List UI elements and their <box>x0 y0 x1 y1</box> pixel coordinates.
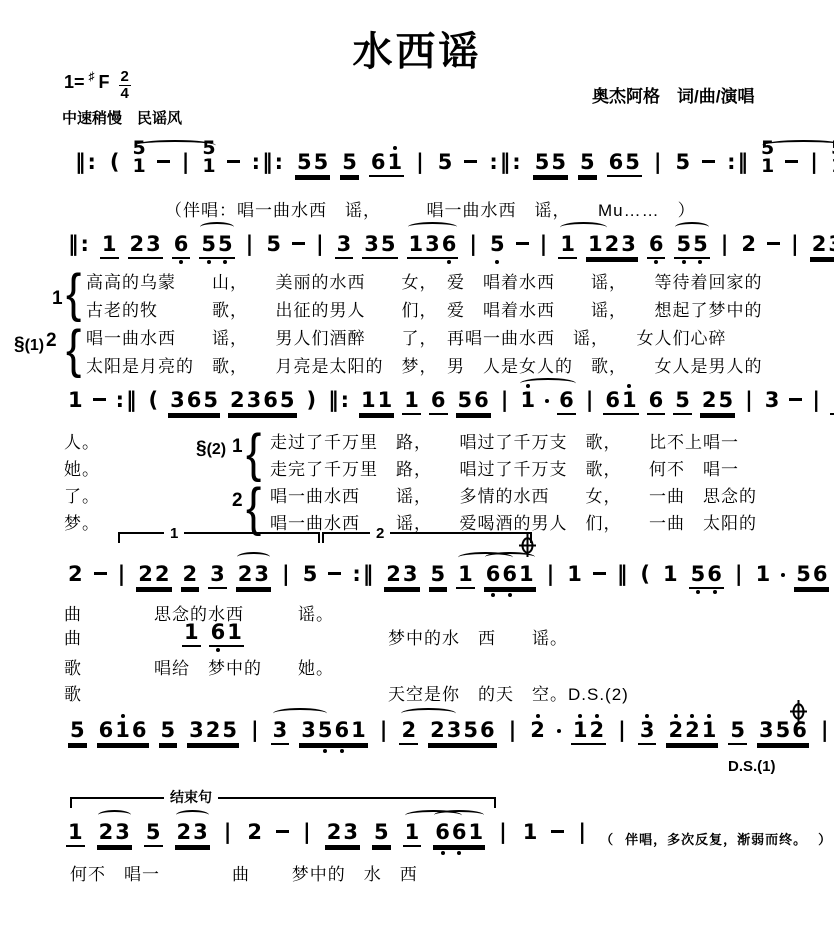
note-group: 3561 <box>299 720 368 745</box>
tie-arc <box>520 378 576 389</box>
note-group: 23 <box>97 822 132 847</box>
chorus-verse-1-line-a: 走过了千万里 路， 唱过了千万支 歌， 比不上唱一 <box>270 428 739 453</box>
octave-dot-below <box>495 260 499 264</box>
barline: ‖: <box>326 390 351 411</box>
barline: | <box>499 390 511 411</box>
note-group: 2 <box>245 822 264 845</box>
note-group: ( <box>108 152 122 175</box>
note-group: 661 <box>484 564 536 589</box>
barline: :‖: <box>250 152 285 173</box>
chorus-verse-2-number: 2 <box>232 490 243 512</box>
barline: | <box>545 564 557 585</box>
inline-notation: 161 <box>182 606 244 647</box>
note-group: 2356 <box>428 720 497 745</box>
note-group: 2 <box>528 720 547 743</box>
note-group: 3 <box>271 720 290 745</box>
barline: | <box>616 720 628 741</box>
barline: | <box>301 822 313 843</box>
augmentation-dot <box>781 573 785 577</box>
note-group: 661 <box>433 822 485 847</box>
note-group: 1 <box>403 822 422 847</box>
barline: | <box>507 720 519 741</box>
tie-arc <box>273 708 327 719</box>
note-group: 56 <box>689 564 724 589</box>
composer-credits: 奥杰阿格 词/曲/演唱 <box>592 82 754 107</box>
barline: | <box>819 720 831 741</box>
barline: :‖: <box>487 152 522 173</box>
segno-1-index: (1) <box>25 337 45 354</box>
verse-2-line-a: 唱一曲水西 谣， 男人们酒醉 了， 再唱一曲水西 谣， 女人们心碎 <box>86 324 727 349</box>
line4-lyrics-row-4-right: 天空是你 的天 空。D.S.(2) <box>388 680 629 705</box>
note-group: 23 <box>128 234 163 259</box>
barline: | <box>414 152 426 173</box>
barline: | <box>576 822 588 843</box>
note-group: 61 <box>369 152 404 177</box>
verse-1-brace: { <box>66 266 81 319</box>
note-group: 5 <box>436 152 455 175</box>
note-group: 1 <box>402 390 421 415</box>
note-group: 5 <box>372 822 391 847</box>
octave-dot-above <box>578 714 582 718</box>
line-ending-word-4: 梦。 <box>64 509 100 534</box>
octave-dot-above <box>536 714 540 718</box>
octave-dot-below <box>323 749 327 753</box>
note-group: 1 <box>830 390 834 415</box>
note-group: 3 <box>335 234 354 259</box>
octave-dot-above <box>707 714 711 718</box>
barline: | <box>538 234 550 255</box>
note-group: 56 <box>456 390 491 415</box>
verse-1-number: 1 <box>52 288 63 310</box>
augmentation-dot <box>545 399 549 403</box>
chorus-verse-1-line-b: 走完了千万里 路， 唱过了千万支 歌， 何不 唱一 <box>270 455 739 480</box>
octave-dot-below <box>441 851 445 855</box>
sustain-dash <box>157 160 170 163</box>
barline: | <box>180 152 192 173</box>
note-group: ( <box>638 564 652 587</box>
octave-dot-below <box>713 590 717 594</box>
note-group: 55 <box>674 234 709 259</box>
note-group: 1 <box>754 564 773 587</box>
note-group: 1 <box>565 564 584 587</box>
note-group: 25 <box>700 390 735 415</box>
line4-lyrics-row-2-left: 曲 <box>64 624 82 649</box>
octave-dot-above <box>595 714 599 718</box>
note-group: 61 <box>209 622 244 647</box>
sheet-music-page: { "header": { "title": "水西谣", "key_prefi… <box>0 0 834 935</box>
octave-dot-above <box>674 714 678 718</box>
barline: | <box>244 234 256 255</box>
note-group: 5 <box>264 234 283 257</box>
note-group: 23 <box>236 564 271 589</box>
barline: | <box>652 152 664 173</box>
tie-arc <box>401 708 456 719</box>
note-group: 3 <box>763 390 782 413</box>
barline: :‖ <box>725 152 750 173</box>
inline-instruction-text: （ 伴唱，多次反复，渐弱而终。 ） <box>600 829 832 848</box>
octave-dot-below <box>654 260 658 264</box>
note-group: 6 <box>647 234 666 259</box>
barline: :‖ <box>350 564 375 585</box>
chorus-verse-2-brace: { <box>246 480 261 533</box>
line4-lyrics-row-3: 歌 唱给 梦中的 她。 <box>64 654 334 679</box>
note-group: 1 <box>66 390 85 413</box>
note-group: 65 <box>607 152 642 177</box>
note-group: 1 <box>456 564 475 589</box>
line-ending-word-1: 人。 <box>64 428 100 453</box>
note-group: 616 <box>97 720 149 745</box>
music-line-6: 123523|2|2351661|1|（ 伴唱，多次反复，渐弱而终。 ） <box>66 806 834 848</box>
note-group: 1 <box>521 822 540 845</box>
note-group: 22 <box>136 564 171 589</box>
note-group: 5 <box>144 822 163 847</box>
sustain-dash <box>328 572 341 575</box>
note-group: 1 <box>558 234 577 259</box>
note-group: 56 <box>794 564 829 589</box>
barline: | <box>810 390 822 411</box>
note-group: 12 <box>571 720 606 745</box>
sustain-dash <box>789 398 802 401</box>
meter-denominator: 4 <box>121 86 129 102</box>
segno-2-marker: §(2) <box>196 438 226 460</box>
note-group: 5 <box>68 720 87 745</box>
tie-arc <box>237 552 270 562</box>
tie-arc <box>762 140 834 151</box>
sustain-dash <box>551 830 564 833</box>
line4-lyrics-row-4-left: 歌 <box>64 680 82 705</box>
note-group: 6 <box>647 390 666 415</box>
augmentation-dot <box>557 729 561 733</box>
barline: | <box>467 234 479 255</box>
barline: | <box>222 822 234 843</box>
note-group: 2365 <box>228 390 297 415</box>
note-group: 23 <box>384 564 419 589</box>
line-ending-word-2: 她。 <box>64 455 100 480</box>
segno-2-index: (2) <box>207 441 227 458</box>
octave-dot-above <box>393 146 397 150</box>
sustain-dash <box>276 830 289 833</box>
ending-phrase-label: 结束句 <box>164 789 218 806</box>
octave-dot-below <box>447 260 451 264</box>
sustain-dash <box>94 572 107 575</box>
note-group: 6 <box>557 390 576 415</box>
octave-dot-above <box>690 714 694 718</box>
note-group: 136 <box>407 234 459 259</box>
music-line-3: 1:‖(3652365)‖:111656|16|616525|3|123523| <box>66 374 834 415</box>
barline: | <box>584 390 596 411</box>
segno-icon: § <box>14 334 25 355</box>
note-group: 3 <box>638 720 657 745</box>
dal-segno-1-text: D.S.(1) <box>728 758 776 775</box>
tie-arc <box>560 222 607 233</box>
note-group: 3 <box>208 564 227 589</box>
note-group: 2 <box>739 234 758 257</box>
note-group: 23 <box>175 822 210 847</box>
sustain-dash <box>227 160 240 163</box>
octave-dot-below <box>223 260 227 264</box>
note-group: 6 <box>429 390 448 415</box>
tempo-marking: 中速稍慢 民谣风 <box>62 107 182 128</box>
barline: | <box>808 152 820 173</box>
barline: | <box>249 720 261 741</box>
sustain-dash <box>516 242 529 245</box>
barline: ‖: <box>73 152 98 173</box>
key-signature: 1=♯F 2 4 <box>64 72 131 102</box>
chorus-verse-1-brace: { <box>246 426 261 479</box>
note-group: 55 <box>199 234 234 259</box>
octave-dot-above <box>121 714 125 718</box>
volta-1-label: 1 <box>164 525 184 542</box>
barline: | <box>378 720 390 741</box>
verse-1-line-b: 古老的牧 歌， 出征的男人 们， 爱 唱着水西 谣， 想起了梦中的 <box>86 296 763 321</box>
note-group: 1 <box>661 564 680 587</box>
key-note: F <box>99 72 110 93</box>
note-group: 221 <box>666 720 718 745</box>
barline: | <box>743 390 755 411</box>
music-line-2: ‖:123655|5|335136|5|1123655|2|235161| <box>66 218 834 259</box>
octave-dot-below <box>508 593 512 597</box>
barline: | <box>116 564 128 585</box>
volta-2-label: 2 <box>370 525 390 542</box>
octave-dot-below <box>696 590 700 594</box>
barline: ‖: <box>66 234 91 255</box>
verse-2-brace: { <box>66 322 81 375</box>
ending-lyrics: 何不 唱一 曲 梦中的 水 西 <box>70 860 418 885</box>
chorus-verse-2-line-a: 唱一曲水西 谣， 多情的水西 女， 一曲 思念的 <box>270 482 757 507</box>
tie-arc <box>408 222 458 232</box>
note-group: ) <box>305 390 319 413</box>
sustain-dash <box>93 398 106 401</box>
note-group: 356 <box>757 720 809 745</box>
octave-dot-below <box>457 851 461 855</box>
octave-dot-below <box>179 260 183 264</box>
tie-arc <box>458 552 513 563</box>
note-group: 2 <box>399 720 418 745</box>
barline: ‖ <box>615 564 630 585</box>
tie-arc <box>405 810 462 821</box>
chorus-verse-2-line-b: 唱一曲水西 谣， 爱喝酒的男人 们， 一曲 太阳的 <box>270 509 757 534</box>
note-group: 23 <box>810 234 834 259</box>
note-group: 55 <box>533 152 568 177</box>
note-group: 2 <box>66 564 85 587</box>
octave-dot-below <box>698 260 702 264</box>
note-group: 5 <box>578 152 597 177</box>
note-group: 1 <box>66 822 85 847</box>
note-group: 5 <box>340 152 359 177</box>
note-group: 5 <box>728 720 747 745</box>
sharp-accidental: ♯ <box>89 70 95 82</box>
tie-arc <box>200 222 233 232</box>
barline: :‖ <box>114 390 139 411</box>
note-group: 325 <box>187 720 239 745</box>
sustain-dash <box>292 242 305 245</box>
note-group: 5 <box>674 152 693 175</box>
time-signature: 2 4 <box>119 69 131 102</box>
verse-2-number: 2 <box>46 330 57 352</box>
sustain-dash <box>785 160 798 163</box>
sustain-dash <box>593 572 606 575</box>
sustain-dash <box>464 160 477 163</box>
octave-dot-above <box>645 714 649 718</box>
sustain-dash <box>702 160 715 163</box>
meter-numerator: 2 <box>119 69 131 86</box>
note-group: ( <box>147 390 161 413</box>
note-group: 365 <box>168 390 220 415</box>
note-group: 23 <box>325 822 360 847</box>
note-group: 1 <box>182 622 201 647</box>
note-group: 5 <box>429 564 448 589</box>
octave-dot-below <box>682 260 686 264</box>
tie-arc <box>675 222 708 232</box>
chorus-verse-1-number: 1 <box>232 436 243 458</box>
barline: | <box>497 822 509 843</box>
octave-dot-below <box>491 593 495 597</box>
note-group: 5 <box>673 390 692 415</box>
note-group: 35 <box>362 234 397 259</box>
note-group: 5 <box>301 564 320 587</box>
music-line-4: 2|222323|5:‖2351661|1‖(156|156|1| <box>66 548 834 589</box>
tie-arc <box>134 140 216 151</box>
sustain-dash <box>767 242 780 245</box>
note-group: 61 <box>603 390 638 415</box>
note-group: 5 <box>488 234 507 257</box>
segno-1-marker: §(1) <box>14 334 44 356</box>
volta-bracket-1: 1 <box>118 532 320 543</box>
octave-dot-below <box>340 749 344 753</box>
note-group: 5 <box>159 720 178 745</box>
verse-1-line-a: 高高的乌蒙 山， 美丽的水西 女， 爱 唱着水西 谣， 等待着回家的 <box>86 268 763 293</box>
note-group: 1 <box>518 390 537 413</box>
barline: | <box>789 234 801 255</box>
note-group: 55 <box>295 152 330 177</box>
note-group: 123 <box>586 234 638 259</box>
tie-arc <box>98 810 131 820</box>
line4-lyrics-row-2-right: 梦中的水 西 谣。 <box>388 624 568 649</box>
octave-dot-below <box>207 260 211 264</box>
barline: | <box>719 234 731 255</box>
barline: | <box>280 564 292 585</box>
barline: | <box>314 234 326 255</box>
octave-dot-below <box>216 648 220 652</box>
tie-arc <box>176 810 209 820</box>
music-line-5: 56165325|33561|22356|212|32215356|1): <box>68 704 834 746</box>
volta-bracket-2: 2 <box>322 532 532 543</box>
note-group: 6 <box>172 234 191 259</box>
segno-icon: § <box>196 438 207 459</box>
line-ending-word-3: 了。 <box>64 482 100 507</box>
octave-dot-above <box>627 384 631 388</box>
note-group: 1 <box>100 234 119 259</box>
music-line-1: ‖:(51|51:‖:55561|5:‖:55565|5:‖51|51| <box>73 136 834 177</box>
note-group: 2 <box>181 564 200 589</box>
barline: | <box>733 564 745 585</box>
key-prefix: 1= <box>64 72 85 93</box>
note-group: 11 <box>359 390 394 415</box>
